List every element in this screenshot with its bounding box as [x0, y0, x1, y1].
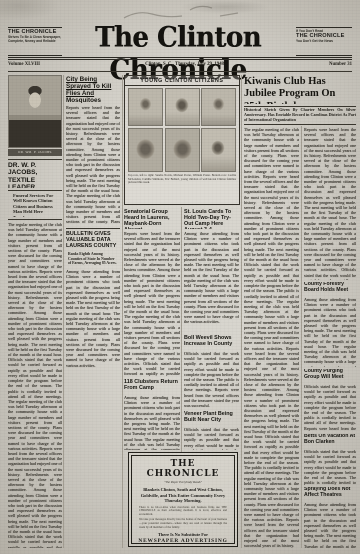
veneer-article-body: Officials stated that the work would be … — [184, 427, 239, 450]
newspaper-page: THE CHRONICLE Strives To Be A Clean News… — [0, 0, 360, 554]
kiwanis-headline: Kiwanis Club Has Jubilee Program On 25th… — [244, 76, 356, 104]
ad-blurb: Blankets Clinton, South and West Clinton… — [138, 487, 228, 504]
young-citizens-photo-row-top — [125, 86, 239, 126]
child-photo — [128, 88, 163, 126]
boll-weevil-article-body: Officials stated that the work would be … — [184, 351, 239, 409]
divider-rule — [8, 190, 62, 191]
divider-rule — [66, 228, 120, 229]
theatres-article-body: Among those attending from Clinton were … — [304, 502, 356, 548]
volume-label: Volume XLVIII — [8, 62, 40, 67]
spraying-headline: City Being Sprayed To Kill Flies And Mos… — [66, 76, 120, 103]
ad-footer-line1: There Is No Substitute For — [136, 532, 230, 537]
child-photo — [165, 128, 200, 172]
jacobs-subhead: Funeral Services For Well Known Clinton … — [13, 193, 60, 217]
divider-rule — [8, 159, 62, 160]
ad-title: THE CHRONICLE — [136, 459, 230, 479]
right-ear-box: If You Don't Read THE CHRONICLE You Don'… — [296, 27, 352, 56]
ad-footer-line2: NEWSPAPER ADVERTISING — [136, 538, 230, 544]
young-citizens-caption: Top row, left to right: Sandra Norris, M… — [125, 172, 239, 190]
clubsters-article-body: Among those attending from Clinton were … — [124, 395, 180, 450]
bulletin-headline: BULLETIN GIVES VALUABLE DATA LAURENS COU… — [66, 231, 120, 250]
jacobs-headline: DR. W. P. JACOBS, TEXTILE LEADER PASSES … — [8, 162, 62, 188]
jacobs-portrait-photo — [8, 75, 62, 148]
column-rule — [122, 75, 123, 548]
jacobs-photo-caption: DR. WM. P. JACOBS — [8, 149, 62, 156]
senatorial-headline: Senatorial Group Heard In Laurens, Mayba… — [124, 209, 180, 229]
kiwanis-subhead: Historical Sketch Given By Charter Membe… — [244, 108, 356, 123]
divider-rule — [8, 219, 62, 220]
bulletin-article-body: Among those attending from Clinton were … — [66, 269, 120, 548]
clubsters-headline: 118 Clubsters Return From Camp — [124, 379, 180, 393]
kiwanis-article-body-col2: Reports were heard from the several offi… — [304, 127, 356, 280]
senatorial-article-body: Reports were heard from the several offi… — [124, 231, 180, 377]
kiwanis-article-body: The regular meeting of the club was held… — [244, 127, 299, 548]
dateline-rule — [8, 71, 352, 72]
column-rule — [241, 75, 242, 548]
ad-tagline: "The Paper Everybody Reads" — [136, 480, 230, 484]
child-photo — [165, 88, 200, 126]
dateline-row: Volume XLVIII Clinton, S. C., Thursday, … — [8, 62, 352, 67]
spraying-article-body: Reports were heard from the several offi… — [66, 105, 120, 226]
column-rule — [301, 126, 302, 548]
boll-weevil-headline: Boll Weevil Shows Increase In County — [184, 335, 239, 349]
bulletin-subhead: Ranks Eighth Among Counties of State In … — [68, 252, 118, 267]
divider-rule — [244, 124, 356, 125]
cards-headline: St. Louis Cards To Hold Two-Day Try-Out … — [184, 209, 239, 229]
divider-rule — [244, 106, 356, 107]
cards-article-body: Among those attending from Clinton were … — [184, 231, 239, 333]
theatres-headline: Spraying Does Not Affect Theatres — [304, 487, 356, 500]
issue-number-label: Number 31 — [329, 62, 352, 67]
chronicle-ad-inner: THE CHRONICLE "The Paper Everybody Reads… — [131, 455, 235, 544]
purging-headline: County Purging Group Will Meet — [304, 369, 356, 382]
purging-article-body: Officials stated that the work would be … — [304, 384, 356, 432]
left-ear-tagline: Strives To Be A Clean Newspaper, Complet… — [8, 35, 62, 43]
forestry-article-body: Among those attending from Clinton were … — [304, 297, 356, 367]
left-ear-box: THE CHRONICLE Strives To Be A Clean News… — [8, 27, 62, 56]
jacobs-article-body: The regular meeting of the club was held… — [8, 222, 62, 548]
ad-paragraph: There is no hit-or-miss when merchants a… — [139, 506, 227, 517]
forestry-headline: County Forestry Board Holds Meet — [304, 282, 356, 295]
chronicle-ad-box: THE CHRONICLE "The Paper Everybody Reads… — [128, 452, 238, 547]
child-photo — [201, 88, 236, 126]
young-citizens-box: YOUNG CLINTON CITIZENS Top row, left to … — [124, 75, 240, 205]
child-photo — [128, 128, 163, 172]
young-citizens-photo-row-bottom — [125, 126, 239, 172]
child-photo — [201, 128, 236, 172]
column-rule — [63, 75, 64, 548]
scan-artifact — [0, 0, 60, 20]
pencil-mark — [120, 2, 260, 24]
right-ear-line2: You Don't Get the News — [296, 39, 352, 43]
young-citizens-title: YOUNG CLINTON CITIZENS — [125, 76, 239, 86]
ad-paragraph: We take your messages directly into the … — [139, 518, 227, 529]
masthead-double-rule — [8, 57, 352, 60]
betts-headline: Betts On Vacation At Bon Clarken — [304, 434, 356, 447]
veneer-headline: Veneer Plant Being Built Near City — [184, 411, 239, 425]
column-rule — [181, 207, 182, 452]
date-label: Clinton, S. C., Thursday, July 29, 1948 — [145, 62, 224, 67]
betts-article-body: Officials stated that the work would be … — [304, 449, 356, 485]
